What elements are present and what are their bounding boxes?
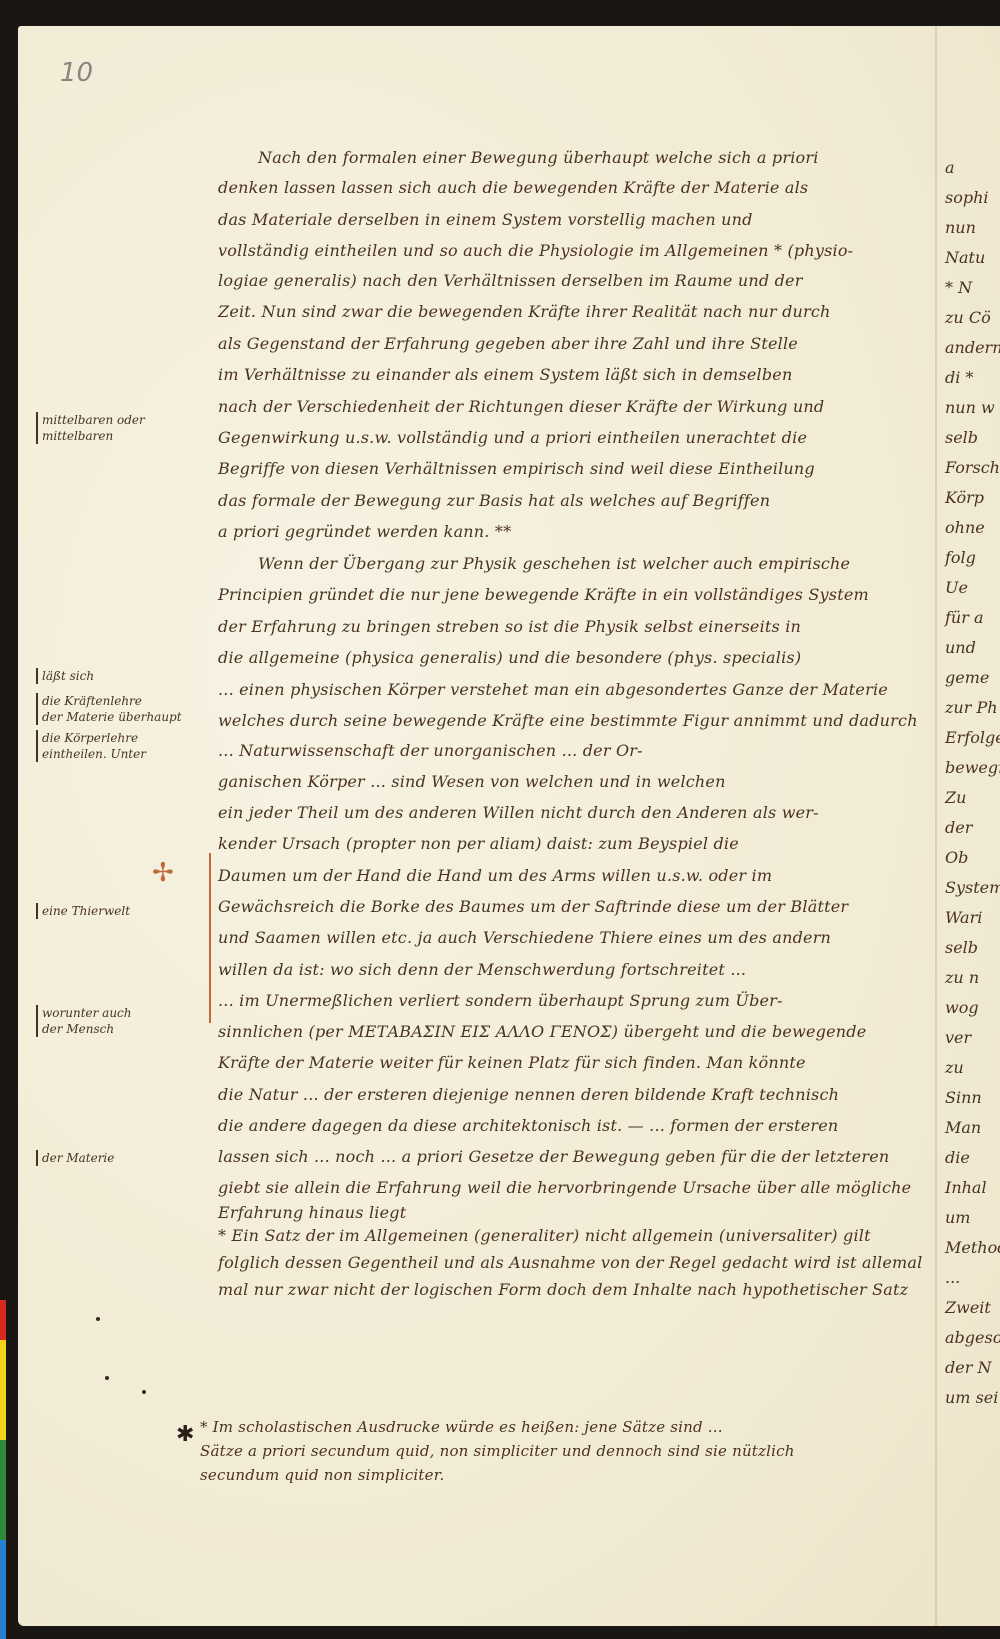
manuscript-line: Nach den formalen einer Bewegung überhau… [258,148,819,167]
manuscript-line: Gegenwirkung u.s.w. vollständig und a pr… [218,428,807,447]
manuscript-line: Principien gründet die nur jene bewegend… [218,585,869,604]
right-column-line: zu [945,1058,964,1077]
margin-note: die Körperlehreeintheilen. Unter [36,730,146,762]
margin-note: läßt sich [36,668,94,684]
manuscript-line: welches durch seine bewegende Kräfte ein… [218,711,918,730]
right-column-line: andern [945,338,1000,357]
margin-note-line: der Materie überhaupt [42,709,182,725]
right-column-line: zu Cö [945,308,991,327]
manuscript-page [18,26,1000,1626]
manuscript-line: Erfahrung hinaus liegt [218,1203,406,1222]
right-column-line: für a [945,608,984,627]
right-column-line: Natu [945,248,985,267]
margin-note-line: die Kräftenlehre [42,693,182,709]
right-column-line: folg [945,548,976,567]
folio-number: 10 [60,58,93,88]
manuscript-line: der Erfahrung zu bringen streben so ist … [218,617,801,636]
right-column-line: ver [945,1028,971,1047]
manuscript-line: ganischen Körper ... sind Wesen von welc… [218,772,726,791]
right-column-line: Sinn [945,1088,982,1107]
right-column-line: der N [945,1358,991,1377]
manuscript-line: im Verhältnisse zu einander als einem Sy… [218,365,792,384]
margin-note-line: mittelbaren oder [42,412,145,428]
right-column-line: geme [945,668,989,687]
margin-note: worunter auchder Mensch [36,1005,132,1037]
red-ink-bracket [209,853,211,1023]
manuscript-line: vollständig eintheilen und so auch die P… [218,241,853,260]
right-column-line: Körp [945,488,984,507]
right-column-line: a [945,158,955,177]
margin-note-line: der Materie [42,1150,114,1166]
color-calibration-yellow [0,1340,6,1440]
manuscript-line: denken lassen lassen sich auch die beweg… [218,178,808,197]
right-column-line: Forsch [945,458,1000,477]
right-column-line: Zu [945,788,966,807]
manuscript-line: lassen sich ... noch ... a priori Gesetz… [218,1147,889,1166]
manuscript-line: kender Ursach (propter non per aliam) da… [218,834,739,853]
right-column-line: nun [945,218,976,237]
manuscript-line: giebt sie allein die Erfahrung weil die … [218,1178,911,1197]
right-column-line: die [945,1148,970,1167]
manuscript-line: als Gegenstand der Erfahrung gegeben abe… [218,334,798,353]
manuscript-line: und Saamen willen etc. ja auch Verschied… [218,928,831,947]
right-column-line: Ue [945,578,968,597]
manuscript-line: ein jeder Theil um des anderen Willen ni… [218,803,819,822]
manuscript-line: ... einen physischen Körper verstehet ma… [218,680,888,699]
right-column-line: * N [945,278,972,297]
footnote-asterisk-icon: ✱ [176,1422,194,1447]
manuscript-line: die andere dagegen da diese architektoni… [218,1116,838,1135]
manuscript-line: mal nur zwar nicht der logischen Form do… [218,1280,908,1299]
manuscript-line: ... im Unermeßlichen verliert sondern üb… [218,991,783,1010]
manuscript-line: ... Naturwissenschaft der unorganischen … [218,741,643,760]
manuscript-line: folglich dessen Gegentheil und als Ausna… [218,1253,922,1272]
margin-note-line: worunter auch [42,1005,132,1021]
manuscript-line: logiae generalis) nach den Verhältnissen… [218,271,803,290]
right-column-line: abgeso [945,1328,1000,1347]
right-column-line: um [945,1208,970,1227]
ink-spot [142,1390,146,1394]
right-column-line: um sei [945,1388,998,1407]
margin-note-line: eine Thierwelt [42,903,130,919]
manuscript-line: * Ein Satz der im Allgemeinen (generalit… [218,1226,871,1245]
footnote-line: Sätze a priori secundum quid, non simpli… [200,1442,795,1460]
right-column-line: sophi [945,188,989,207]
manuscript-line: die Natur ... der ersteren diejenige nen… [218,1085,839,1104]
right-column-line: Method [945,1238,1000,1257]
right-column-line: wog [945,998,979,1017]
manuscript-line: die allgemeine (physica generalis) und d… [218,648,801,667]
right-column-line: bewegn [945,758,1000,777]
footnote-line: secundum quid non simpliciter. [200,1466,444,1484]
manuscript-line: nach der Verschiedenheit der Richtungen … [218,397,824,416]
right-column-line: ohne [945,518,985,537]
color-calibration-blue [0,1540,6,1639]
right-column-line: und [945,638,976,657]
margin-note-line: der Mensch [42,1021,132,1037]
right-column-line: Inhal [945,1178,987,1197]
margin-note-line: mittelbaren [42,428,145,444]
right-column-line: di * [945,368,973,387]
color-calibration-red [0,1300,6,1340]
margin-note-line: eintheilen. Unter [42,746,146,762]
manuscript-line: das formale der Bewegung zur Basis hat a… [218,491,770,510]
footnote-line: * Im scholastischen Ausdrucke würde es h… [200,1418,723,1436]
page-fold-line [935,26,937,1626]
manuscript-line: das Materiale derselben in einem System … [218,210,753,229]
right-column-line: Man [945,1118,981,1137]
manuscript-line: sinnlichen (per ΜΕΤΑΒΑΣΙΝ ΕΙΣ ΑΛΛΟ ΓΕΝΟΣ… [218,1022,866,1041]
manuscript-line: a priori gegründet werden kann. ** [218,522,511,541]
right-column-line: zur Ph [945,698,998,717]
right-column-line: selb [945,938,978,957]
margin-note: mittelbaren odermittelbaren [36,412,145,444]
manuscript-line: Kräfte der Materie weiter für keinen Pla… [218,1053,806,1072]
manuscript-line: Wenn der Übergang zur Physik geschehen i… [258,554,850,573]
right-column-line: Ob [945,848,968,867]
right-column-line: Erfolgen [945,728,1000,747]
right-column-line: Wari [945,908,982,927]
right-column-line: ... [945,1268,960,1287]
right-column-line: der [945,818,972,837]
right-column-line: selb [945,428,978,447]
margin-note: der Materie [36,1150,114,1166]
margin-note-line: die Körperlehre [42,730,146,746]
margin-note: eine Thierwelt [36,903,130,919]
color-calibration-green [0,1440,6,1540]
right-column-line: System [945,878,1000,897]
right-column-line: nun w [945,398,995,417]
ink-spot [105,1376,109,1380]
right-column-line: Zweit [945,1298,991,1317]
right-column-line: zu n [945,968,979,987]
manuscript-line: Zeit. Nun sind zwar die bewegenden Kräft… [218,302,831,321]
ink-spot [96,1317,100,1321]
margin-note-line: läßt sich [42,668,94,684]
manuscript-line: Daumen um der Hand die Hand um des Arms … [218,866,772,885]
manuscript-line: Begriffe von diesen Verhältnissen empiri… [218,459,815,478]
margin-note: die Kräftenlehreder Materie überhaupt [36,693,182,725]
manuscript-line: willen da ist: wo sich denn der Menschwe… [218,960,746,979]
red-ink-mark-icon: ✢ [152,858,174,888]
manuscript-line: Gewächsreich die Borke des Baumes um der… [218,897,848,916]
